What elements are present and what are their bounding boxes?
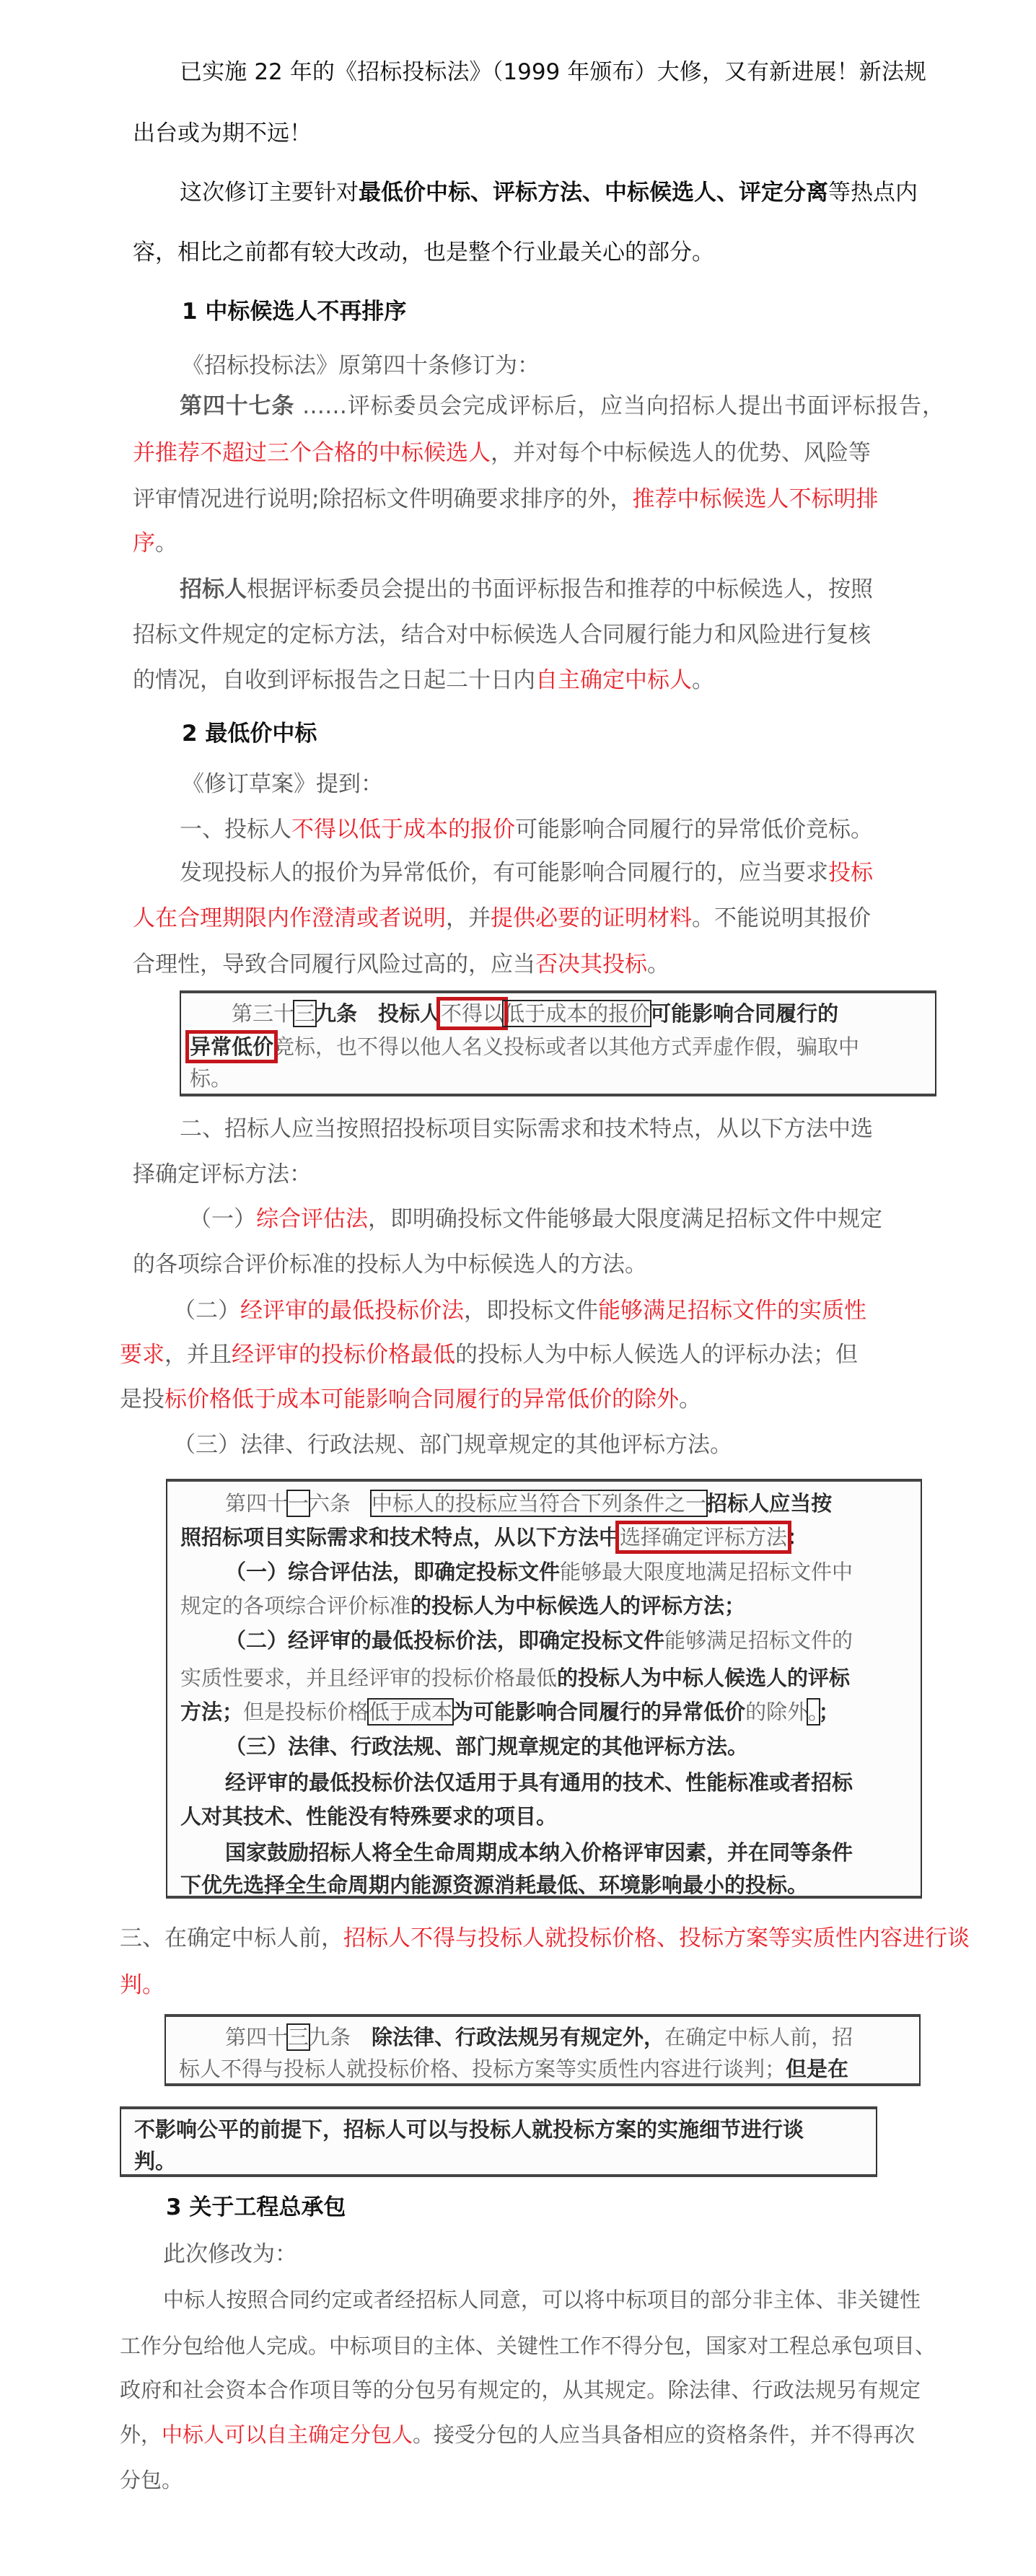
text: （一） [189,1206,256,1232]
marked-text: 低于成本 [369,1700,452,1724]
excerpt-line: （二）经评审的最低投标价法，即确定投标文件能够满足招标文件的 [225,1627,853,1653]
text: ，并且 [164,1342,232,1368]
highlight: 不得以低于成本的报价 [291,817,515,843]
excerpt-line: 第四十一六条 中标人的投标应当符合下列条件之一招标人应当按 [225,1490,832,1516]
paragraph-line: 发现投标人的报价为异常低价，有可能影响合同履行的，应当要求投标 [180,858,873,887]
text: 第三十 [232,1001,294,1026]
text: 。不能说明其报价 [692,905,871,931]
section-heading: 2 最低价中标 [182,719,317,748]
text: 可能影响合同履行的 [650,1001,838,1026]
method-line: 的各项综合评价标准的投标人为中标候选人的方法。 [133,1250,647,1279]
text: 第四十 [225,1491,288,1516]
red-marked-text: 不得以 [441,1001,504,1026]
text: 实质性要求，并且经评审的投标价格最低 [180,1666,557,1690]
excerpt-line: （三）法律、行政法规、部门规章规定的其他评标方法。 [225,1733,748,1759]
text: 。 [155,530,177,556]
paragraph-line: 中标人按照合同约定或者经招标人同意，可以将中标项目的部分非主体、非关键性 [163,2285,921,2314]
highlight: 经评审的最低投标价法 [240,1298,464,1324]
excerpt-line: 人对其技术、性能没有特殊要求的项目。 [180,1803,557,1829]
text: 九条 投标人 [315,1001,441,1026]
highlight: 综合评估法 [256,1206,368,1232]
text: 在确定中标人前，招 [664,2025,853,2049]
excerpt-line: 国家鼓励招标人将全生命周期成本纳入价格评审因素，并在同等条件 [225,1839,853,1865]
excerpt-line: 规定的各项综合评价标准的投标人为中标候选人的评标方法； [180,1593,745,1619]
text: 。 [647,951,670,977]
highlight: 并推荐不超过三个合格的中标候选人 [133,440,491,466]
highlight: 否决其投标 [535,951,647,977]
text: ，即明确投标文件能够最大限度满足招标文件中规定 [368,1206,882,1232]
excerpt-line: 下优先选择全生命周期内能源资源消耗最低、环境影响最小的投标。 [180,1872,808,1898]
text: 可能影响合同履行的异常低价竞标。 [515,817,873,843]
text: 的投标人为中标候选人的评标方法； [411,1593,745,1618]
text: 能够最大限度地满足招标文件中 [560,1560,853,1584]
section-heading: 1 中标候选人不再排序 [182,297,406,326]
excerpt-line: 照招标项目实际需求和技术特点，从以下方法中选择确定评标方法： [180,1524,808,1550]
intro-line: 容，相比之前都有较大改动，也是整个行业最关心的部分。 [133,238,714,267]
text: ，并 [446,905,491,931]
intro-line: 这次修订主要针对最低价中标、评标方法、中标候选人、评定分离等热点内 [180,178,918,207]
text: ，并对每个中标候选人的优势、风险等 [491,440,871,466]
paragraph-line: 政府和社会资本合作项目等的分包另有规定的，从其规定。除法律、行政法规另有规定 [120,2375,921,2404]
highlight: 序 [133,530,155,556]
text: 一、投标人 [180,817,291,843]
excerpt-line: 判。 [134,2148,176,2174]
text: 但是在 [786,2057,848,2081]
paragraph-line: 合理性，导致合同履行风险过高的，应当否决其投标。 [133,950,670,979]
item-line: 二、招标人应当按照招投标项目实际需求和技术特点，从以下方法中选 [180,1115,873,1143]
text: 方法； [180,1700,243,1724]
item-line: 一、投标人不得以低于成本的报价可能影响合同履行的异常低价竞标。 [180,815,873,844]
excerpt-line: （一）综合评估法，即确定投标文件能够最大限度地满足招标文件中 [225,1559,853,1585]
excerpt-line: 第三十三九条 投标人不得以低于成本的报价可能影响合同履行的 [232,1001,838,1027]
text: 的投标人为中标人候选人的评标办法；但 [455,1342,858,1368]
text: 的情况，自收到评标报告之日起二十日内 [133,667,535,693]
text: 三、在确定中标人前， [120,1925,343,1951]
citation: 《招标投标法》原第四十条修订为： [182,351,540,380]
text: ，即投标文件 [464,1298,598,1324]
highlight: 要求 [120,1342,164,1368]
text: 评审情况进行说明;除招标文件明确要求排序的外， [133,486,632,512]
text: （二） [173,1298,240,1324]
section-heading: 3 关于工程总承包 [166,2193,346,2222]
excerpt-line: 异常低价竞标，也不得以他人名义投标或者以其他方式弄虚作假，骗取中 [190,1034,859,1060]
highlight: 人在合理期限内作澄清或者说明 [133,905,446,931]
text: 发现投标人的报价为异常低价，有可能影响合同履行的，应当要求 [180,860,828,886]
highlight: 投标 [828,860,873,886]
paragraph-line: 外，中标人可以自主确定分包人。接受分包的人应当具备相应的资格条件，并不得再次 [120,2420,915,2449]
method-line: （二）经评审的最低投标价法，即投标文件能够满足招标文件的实质性 [173,1296,866,1325]
paragraph-line: 工作分包给他人完成。中标项目的主体、关键性工作不得分包，国家对工程总承包项目、 [120,2331,921,2360]
text: 标人不得与投标人就投标价格、投标方案等实质性内容进行谈判； [179,2057,786,2081]
paragraph-line: 分包。 [120,2466,183,2494]
text: 根据评标委员会提出的书面评标报告和推荐的中标候选人，按照 [247,576,873,602]
highlight: 标价格低于成本可能影响合同履行的异常低价的除外 [164,1386,679,1412]
text: 的投标人为中标人候选人的评标 [557,1666,850,1690]
method-line: （三）法律、行政法规、部门规章规定的其他评标方法。 [173,1430,732,1459]
marked-text: 三 [294,1001,315,1026]
intro-line: 出台或为期不远！ [133,119,312,148]
text: ……评标委员会完成评标后，应当向招标人提出书面评标报告， [294,393,944,419]
marked-text: 中标人的投标应当符合下列条件之一 [372,1491,706,1516]
excerpt-line: 标。 [190,1065,232,1091]
intro-line: 已实施 22 年的《招标投标法》（1999 年颁布）大修，又有新进展！新法规 [180,58,926,87]
highlight: 招标人不得与投标人就投标价格、投标方案等实质性内容进行谈 [343,1925,970,1951]
paragraph-line: 人在合理期限内作澄清或者说明，并提供必要的证明材料。不能说明其报价 [133,904,871,933]
bold-term: 招标人 [180,576,247,602]
text: 。接受分包的人应当具备相应的资格条件，并不得再次 [413,2422,915,2447]
excerpt-line: 经评审的最低投标价法仅适用于具有通用的技术、性能标准或者招标 [225,1770,853,1795]
marked-text: 三 [288,2025,309,2049]
text: 等热点内 [828,180,918,206]
highlight: 推荐中标候选人不标明排 [632,486,878,512]
highlight: 判 [120,1972,142,1998]
text: ： [787,1525,808,1549]
citation: 此次修改为： [163,2240,297,2269]
text: 竞标，也不得以他人名义投标或者以其他方式弄虚作假，骗取中 [273,1034,859,1059]
method-line: 是投标价格低于成本可能影响合同履行的异常低价的除外。 [120,1385,701,1414]
text: 。 [692,667,714,693]
text: 招标人应当按 [706,1491,832,1516]
highlight: 自主确定中标人 [535,667,692,693]
article-line: 并推荐不超过三个合格的中标候选人，并对每个中标候选人的优势、风险等 [133,439,871,467]
excerpt-line: 不影响公平的前提下，招标人可以与投标人就投标方案的实施细节进行谈 [134,2116,804,2142]
text: 为可能影响合同履行的异常低价 [452,1700,745,1724]
excerpt-line: 标人不得与投标人就投标价格、投标方案等实质性内容进行谈判；但是在 [179,2056,848,2082]
paragraph-line: 招标文件规定的定标方法，结合对中标候选人合同履行能力和风险进行复核 [133,620,871,649]
paragraph-line: 的情况，自收到评标报告之日起二十日内自主确定中标人。 [133,666,714,695]
text: 的除外 [745,1700,808,1724]
red-marked-text: 异常低价 [190,1034,273,1059]
method-line: （一）综合评估法，即明确投标文件能够最大限度满足招标文件中规定 [189,1205,882,1234]
paragraph-line: 招标人根据评标委员会提出的书面评标报告和推荐的中标候选人，按照 [180,575,873,604]
excerpt-line: 实质性要求，并且经评审的投标价格最低的投标人为中标人候选人的评标 [180,1665,850,1691]
text: 六条 [309,1491,372,1516]
citation: 《修订草案》提到： [182,770,383,799]
text: 照招标项目实际需求和技术特点，从以下方法中 [180,1525,620,1549]
excerpt-line: 第四十三九条 除法律、行政法规另有规定外，在确定中标人前，招 [225,2024,853,2050]
text: 。 [142,1972,164,1998]
text: 。 [679,1386,701,1412]
text: 外， [120,2422,162,2447]
item-line: 判。 [120,1971,164,2000]
highlight: 经评审的投标价格最低 [232,1342,455,1368]
highlight: 中标人可以自主确定分包人 [162,2422,413,2447]
text: （二）经评审的最低投标价法，即确定投标文件 [225,1628,664,1653]
highlight: 能够满足招标文件的实质性 [598,1298,866,1324]
law-excerpt-image: 不影响公平的前提下，招标人可以与投标人就投标方案的实施细节进行谈 判。 [120,2106,877,2177]
method-line: 要求，并且经评审的投标价格最低的投标人为中标人候选人的评标办法；但 [120,1340,858,1369]
red-marked-text: 选择确定评标方法 [620,1525,787,1549]
marked-text: 低于成本的报价 [504,1001,650,1026]
article-line: 序。 [133,529,177,558]
text: 除法律、行政法规另有规定外， [372,2025,664,2049]
law-excerpt-image: 第四十一六条 中标人的投标应当符合下列条件之一招标人应当按 照招标项目实际需求和… [166,1479,922,1899]
marked-text: 。 [808,1700,819,1724]
item-line: 三、在确定中标人前，招标人不得与投标人就投标价格、投标方案等实质性内容进行谈 [120,1924,970,1953]
highlight: 提供必要的证明材料 [491,905,692,931]
text: 但是投标价格 [243,1700,369,1724]
item-line: 择确定评标方法： [133,1160,312,1189]
text: 是投 [120,1386,164,1412]
article-label: 第四十七条 [180,393,294,419]
law-excerpt-image: 第三十三九条 投标人不得以低于成本的报价可能影响合同履行的 异常低价竞标，也不得… [180,990,936,1096]
marked-text: 一 [288,1491,309,1516]
text: 这次修订主要针对 [180,180,359,206]
text: ； [819,1700,840,1724]
text: （一）综合评估法，即确定投标文件 [225,1560,560,1584]
text: 合理性，导致合同履行风险过高的，应当 [133,951,535,977]
article-line: 评审情况进行说明;除招标文件明确要求排序的外，推荐中标候选人不标明排 [133,485,878,514]
law-excerpt-image: 第四十三九条 除法律、行政法规另有规定外，在确定中标人前，招 标人不得与投标人就… [164,2014,921,2086]
text: 能够满足招标文件的 [664,1628,853,1653]
text: 规定的各项综合评价标准 [180,1593,411,1618]
article-line: 第四十七条 ……评标委员会完成评标后，应当向招标人提出书面评标报告， [180,392,944,421]
bold-keywords: 最低价中标、评标方法、中标候选人、评定分离 [359,180,828,206]
excerpt-line: 方法；但是投标价格低于成本为可能影响合同履行的异常低价的除外。； [180,1699,840,1725]
text: 九条 [309,2025,372,2049]
text: 第四十 [225,2025,288,2049]
